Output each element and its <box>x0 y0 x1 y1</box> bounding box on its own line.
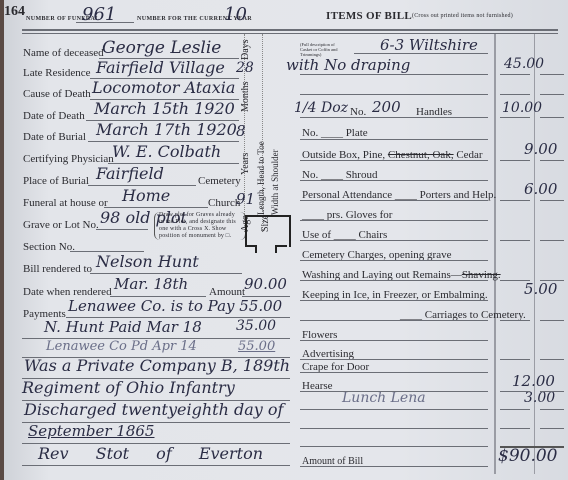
underline <box>300 160 488 161</box>
underline <box>354 53 488 54</box>
funeral-location-label: Funeral at house or <box>23 197 108 209</box>
funeral-location-value: Home <box>122 186 170 205</box>
underline <box>300 409 488 410</box>
cemetery-label: Cemetery <box>198 175 241 187</box>
amount-rule <box>540 240 564 241</box>
funeral-record-page: 164 NUMBER OF FUNERAL 961 NUMBER FOR THE… <box>4 0 568 480</box>
amount-rule <box>540 160 564 161</box>
items-of-bill-title: ITEMS OF BILL <box>326 10 412 22</box>
underline <box>300 117 488 118</box>
amount-rule <box>500 428 530 429</box>
amount-value: 90.00 <box>244 275 287 293</box>
casket-description-value: 6-3 Wiltshire <box>380 36 478 54</box>
underline <box>300 139 488 140</box>
underline <box>90 273 242 274</box>
underline <box>300 220 488 221</box>
amount-rule <box>500 240 530 241</box>
note-line-2: Regiment of Ohio Infantry <box>22 378 235 397</box>
plot-diagram-edge <box>245 245 255 247</box>
date-rendered-value: Mar. 18th <box>114 275 188 293</box>
underline <box>300 74 488 75</box>
handles-amount: 10.00 <box>502 100 542 116</box>
underline <box>22 465 290 466</box>
age-years-label: Years <box>240 153 251 175</box>
plot-diagram-edge <box>275 245 277 253</box>
amount-rule <box>540 280 564 281</box>
extra-item-value: Lunch Lena <box>342 390 426 406</box>
amount-rule <box>500 200 530 201</box>
underline <box>76 22 134 23</box>
residence-label: Late Residence <box>23 67 91 79</box>
header-rule-2 <box>22 33 558 34</box>
grave-plot-instructions: Draw plot for Graves already in the Plot… <box>154 212 246 240</box>
underline <box>300 372 488 373</box>
underline <box>300 428 488 429</box>
burial-date-value: March 17th 1920 <box>96 120 237 139</box>
embalming-amount: 5.00 <box>524 280 557 298</box>
casket-amount: 45.00 <box>504 56 544 72</box>
attendance-amount: 6.00 <box>524 180 557 198</box>
note-line-1: Was a Private Company B, 189th <box>24 356 290 375</box>
underline <box>300 260 488 261</box>
underline <box>300 240 488 241</box>
amount-rule <box>540 428 564 429</box>
hearse-amount: 12.00 <box>512 372 555 390</box>
underline <box>300 200 488 201</box>
amount-rule <box>500 280 530 281</box>
amount-rule <box>500 160 530 161</box>
amount-rule <box>540 94 564 95</box>
age-months-label: Months <box>240 81 251 112</box>
underline <box>300 359 488 360</box>
age-months-value: 8 <box>236 122 246 140</box>
amount-rule <box>500 359 530 360</box>
amount-rule <box>540 74 564 75</box>
amount-rule <box>500 74 530 75</box>
cause-value: Locomotor Ataxia <box>92 78 235 97</box>
amount-rule <box>500 117 530 118</box>
amount-of-bill-label: Amount of Bill <box>302 456 363 467</box>
death-date-label: Date of Death <box>23 110 85 122</box>
items-of-bill-note: (Cross out printed items not furnished) <box>412 13 513 19</box>
casket-description-label: (Full description of Casket or Coffin an… <box>300 42 344 57</box>
amount-rule <box>500 391 530 392</box>
casket-description-line-2: with No draping <box>286 56 410 74</box>
size-length-label: Length, Head to Toe <box>256 141 266 215</box>
amount-rule <box>540 409 564 410</box>
amount-rule <box>540 320 564 321</box>
payments-value: Lenawee Co. is to Pay 55.00 <box>68 297 282 315</box>
payment-line-2-amount: 55.00 <box>238 339 275 354</box>
underline <box>300 300 488 301</box>
underline <box>96 229 148 230</box>
note-line-3: Discharged twentyeighth day of <box>24 400 283 419</box>
name-label: Name of deceased <box>23 47 104 59</box>
amount-rule <box>500 409 530 410</box>
bill-rendered-label: Bill rendered to <box>23 263 92 275</box>
handles-prefix: 1/4 Doz <box>294 100 348 116</box>
underline <box>300 280 488 281</box>
underline <box>300 391 488 392</box>
header-rule <box>22 29 558 31</box>
amount-of-bill-value: $90.00 <box>498 446 557 466</box>
underline <box>300 320 488 321</box>
payment-line-1-amount: 35.00 <box>236 318 276 334</box>
amount-rule <box>540 117 564 118</box>
amount-rule <box>540 200 564 201</box>
dollars-column-rule <box>494 34 496 474</box>
plot-diagram-edge <box>255 245 257 253</box>
amount-rule <box>540 391 564 392</box>
bill-rendered-value: Nelson Hunt <box>96 252 199 271</box>
plot-diagram-box <box>245 215 291 247</box>
note-line-4: September 1865 <box>28 422 154 440</box>
page-number: 164 <box>4 4 25 20</box>
payment-line-2-text: Lenawee Co Pd Apr 14 <box>46 339 197 354</box>
underline <box>300 446 488 447</box>
plate-label: No. ____ Plate <box>302 127 368 139</box>
amount-rule <box>500 94 530 95</box>
age-years-value: 91 <box>236 190 255 208</box>
burial-date-label: Date of Burial <box>23 131 86 143</box>
number-current-year-value: 10 <box>224 4 247 25</box>
underline <box>300 94 488 95</box>
amount-rule <box>500 320 530 321</box>
age-days-label: Days <box>240 39 251 60</box>
death-date-value: March 15th 1920 <box>94 99 235 118</box>
residence-value: Fairfield Village <box>96 58 225 77</box>
underline <box>300 180 488 181</box>
age-days-value: 28 <box>236 60 254 76</box>
section-label: Section No. <box>23 241 75 253</box>
grave-lot-label: Grave or Lot No. <box>23 219 99 231</box>
outside-box-amount: 9.00 <box>524 140 557 158</box>
physician-value: W. E. Colbath <box>112 142 221 161</box>
burial-place-label: Place of Burial <box>23 175 89 187</box>
size-width-label: Width at Shoulder <box>270 149 280 215</box>
cause-label: Cause of Death <box>23 88 91 100</box>
note-line-5: Rev Stot of Everton <box>38 444 263 463</box>
extra-item-amount: 3.00 <box>524 390 555 406</box>
underline <box>300 340 488 341</box>
handles-no-value: 200 <box>372 98 401 116</box>
name-value: George Leslie <box>102 38 221 58</box>
payment-line-1-text: N. Hunt Paid Mar 18 <box>44 318 202 336</box>
amount-rule <box>540 359 564 360</box>
burial-place-value: Fairfield <box>96 164 164 183</box>
